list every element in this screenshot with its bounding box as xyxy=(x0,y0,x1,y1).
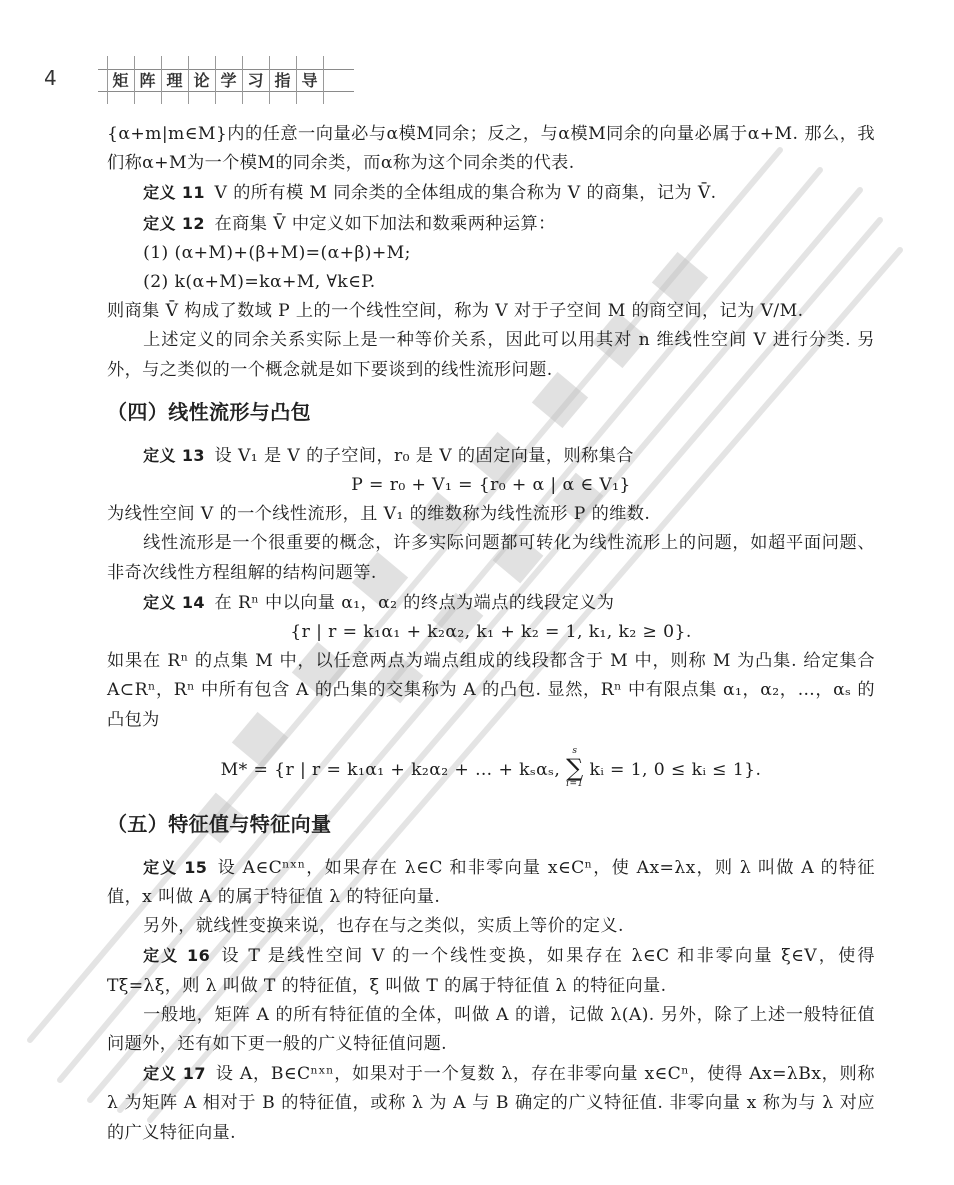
book-title-char: 论 xyxy=(188,70,215,92)
book-title-char: 习 xyxy=(242,70,269,92)
definition-text: 设 A，B∈Cⁿˣⁿ，如果对于一个复数 λ，存在非零向量 x∈Cⁿ，使得 Ax=… xyxy=(107,1064,875,1142)
section-heading-eigen: （五）特征值与特征向量 xyxy=(107,809,875,839)
definition-label: 定义 11 xyxy=(143,183,205,202)
running-head: 矩 阵 理 论 学 习 指 导 xyxy=(98,56,354,104)
definition-label: 定义 13 xyxy=(143,446,205,465)
page-number: 4 xyxy=(44,66,57,90)
definition-text: 在商集 V̄ 中定义如下加法和数乘两种运算： xyxy=(215,214,556,234)
paragraph-linear-transform: 另外，就线性变换来说，也存在与之类似，实质上等价的定义. xyxy=(107,912,875,941)
book-title-char: 阵 xyxy=(134,70,161,92)
definition-16: 定义 16设 T 是线性空间 V 的一个线性变换，如果存在 λ∈C 和非零向量 … xyxy=(107,941,875,1000)
paragraph-convex-set: 如果在 Rⁿ 的点集 M 中，以任意两点为端点组成的线段都含于 M 中，则称 M… xyxy=(107,647,875,735)
formula-line-segment: {r | r = k₁α₁ + k₂α₂, k₁ + k₂ = 1, k₁, k… xyxy=(107,618,875,647)
definition-text: 在 Rⁿ 中以向量 α₁，α₂ 的终点为端点的线段定义为 xyxy=(215,593,615,613)
book-title-char: 学 xyxy=(215,70,242,92)
paragraph-spectrum: 一般地，矩阵 A 的所有特征值的全体，叫做 A 的谱，记做 λ(A). 另外，除… xyxy=(107,1001,875,1059)
operation-scalar-multiplication: (2) k(α+M)=kα+M, ∀k∈P. xyxy=(107,268,875,297)
definition-text: 设 T 是线性空间 V 的一个线性变换，如果存在 λ∈C 和非零向量 ξ∈V，使… xyxy=(107,946,875,995)
paragraph-quotient-space: 则商集 V̄ 构成了数域 P 上的一个线性空间，称为 V 对于子空间 M 的商空… xyxy=(107,297,875,326)
definition-15: 定义 15设 A∈Cⁿˣⁿ，如果存在 λ∈C 和非零向量 x∈Cⁿ，使 Ax=λ… xyxy=(107,853,875,912)
formula-hull-rhs: kᵢ = 1, 0 ≤ kᵢ ≤ 1}. xyxy=(590,760,762,780)
definition-12: 定义 12在商集 V̄ 中定义如下加法和数乘两种运算： xyxy=(107,209,875,239)
sum-lower-limit: i=1 xyxy=(566,780,584,789)
definition-label: 定义 12 xyxy=(143,214,205,233)
definition-label: 定义 16 xyxy=(143,946,210,965)
page-body: {α+m|m∈M}内的任意一向量必与α模M同余；反之，与α模M同余的向量必属于α… xyxy=(107,120,875,1148)
paragraph-manifold-importance: 线性流形是一个很重要的概念，许多实际问题都可转化为线性流形上的问题，如超平面问题… xyxy=(107,529,875,587)
paragraph-equivalence: 上述定义的同余关系实际上是一种等价关系，因此可以用其对 n 维线性空间 V 进行… xyxy=(107,326,875,384)
definition-text: V 的所有模 M 同余类的全体组成的集合称为 V 的商集，记为 V̄. xyxy=(215,183,717,203)
paragraph-manifold-dimension: 为线性空间 V 的一个线性流形，且 V₁ 的维数称为线性流形 P 的维数. xyxy=(107,500,875,529)
book-title-char: 理 xyxy=(161,70,188,92)
section-heading-linear-manifold: （四）线性流形与凸包 xyxy=(107,397,875,427)
book-title-char: 矩 xyxy=(107,70,134,92)
definition-text: 设 A∈Cⁿˣⁿ，如果存在 λ∈C 和非零向量 x∈Cⁿ，使 Ax=λx，则 λ… xyxy=(107,858,875,907)
grid-line xyxy=(323,56,324,104)
definition-14: 定义 14在 Rⁿ 中以向量 α₁，α₂ 的终点为端点的线段定义为 xyxy=(107,588,875,618)
definition-label: 定义 17 xyxy=(143,1064,206,1083)
definition-11: 定义 11V 的所有模 M 同余类的全体组成的集合称为 V 的商集，记为 V̄. xyxy=(107,178,875,208)
paragraph-congruence-class: {α+m|m∈M}内的任意一向量必与α模M同余；反之，与α模M同余的向量必属于α… xyxy=(107,120,875,178)
formula-convex-hull: M* = {r | r = k₁α₁ + k₂α₂ + … + kₛαₛ, s … xyxy=(107,743,875,797)
definition-label: 定义 14 xyxy=(143,593,205,612)
book-title-char: 导 xyxy=(296,70,323,92)
book-title-char: 指 xyxy=(269,70,296,92)
sigma-icon: ∑ xyxy=(566,756,584,780)
definition-13: 定义 13设 V₁ 是 V 的子空间，r₀ 是 V 的固定向量，则称集合 xyxy=(107,441,875,471)
operation-addition: (1) (α+M)+(β+M)=(α+β)+M; xyxy=(107,239,875,268)
book-title: 矩 阵 理 论 学 习 指 导 xyxy=(107,70,323,92)
formula-linear-manifold: P = r₀ + V₁ = {r₀ + α | α ∈ V₁} xyxy=(107,471,875,500)
formula-hull-lhs: M* = {r | r = k₁α₁ + k₂α₂ + … + kₛαₛ, xyxy=(221,760,561,780)
definition-label: 定义 15 xyxy=(143,858,207,877)
summation-symbol: s ∑ i=1 xyxy=(566,747,584,789)
definition-text: 设 V₁ 是 V 的子空间，r₀ 是 V 的固定向量，则称集合 xyxy=(215,446,634,466)
definition-17: 定义 17设 A，B∈Cⁿˣⁿ，如果对于一个复数 λ，存在非零向量 x∈Cⁿ，使… xyxy=(107,1059,875,1148)
